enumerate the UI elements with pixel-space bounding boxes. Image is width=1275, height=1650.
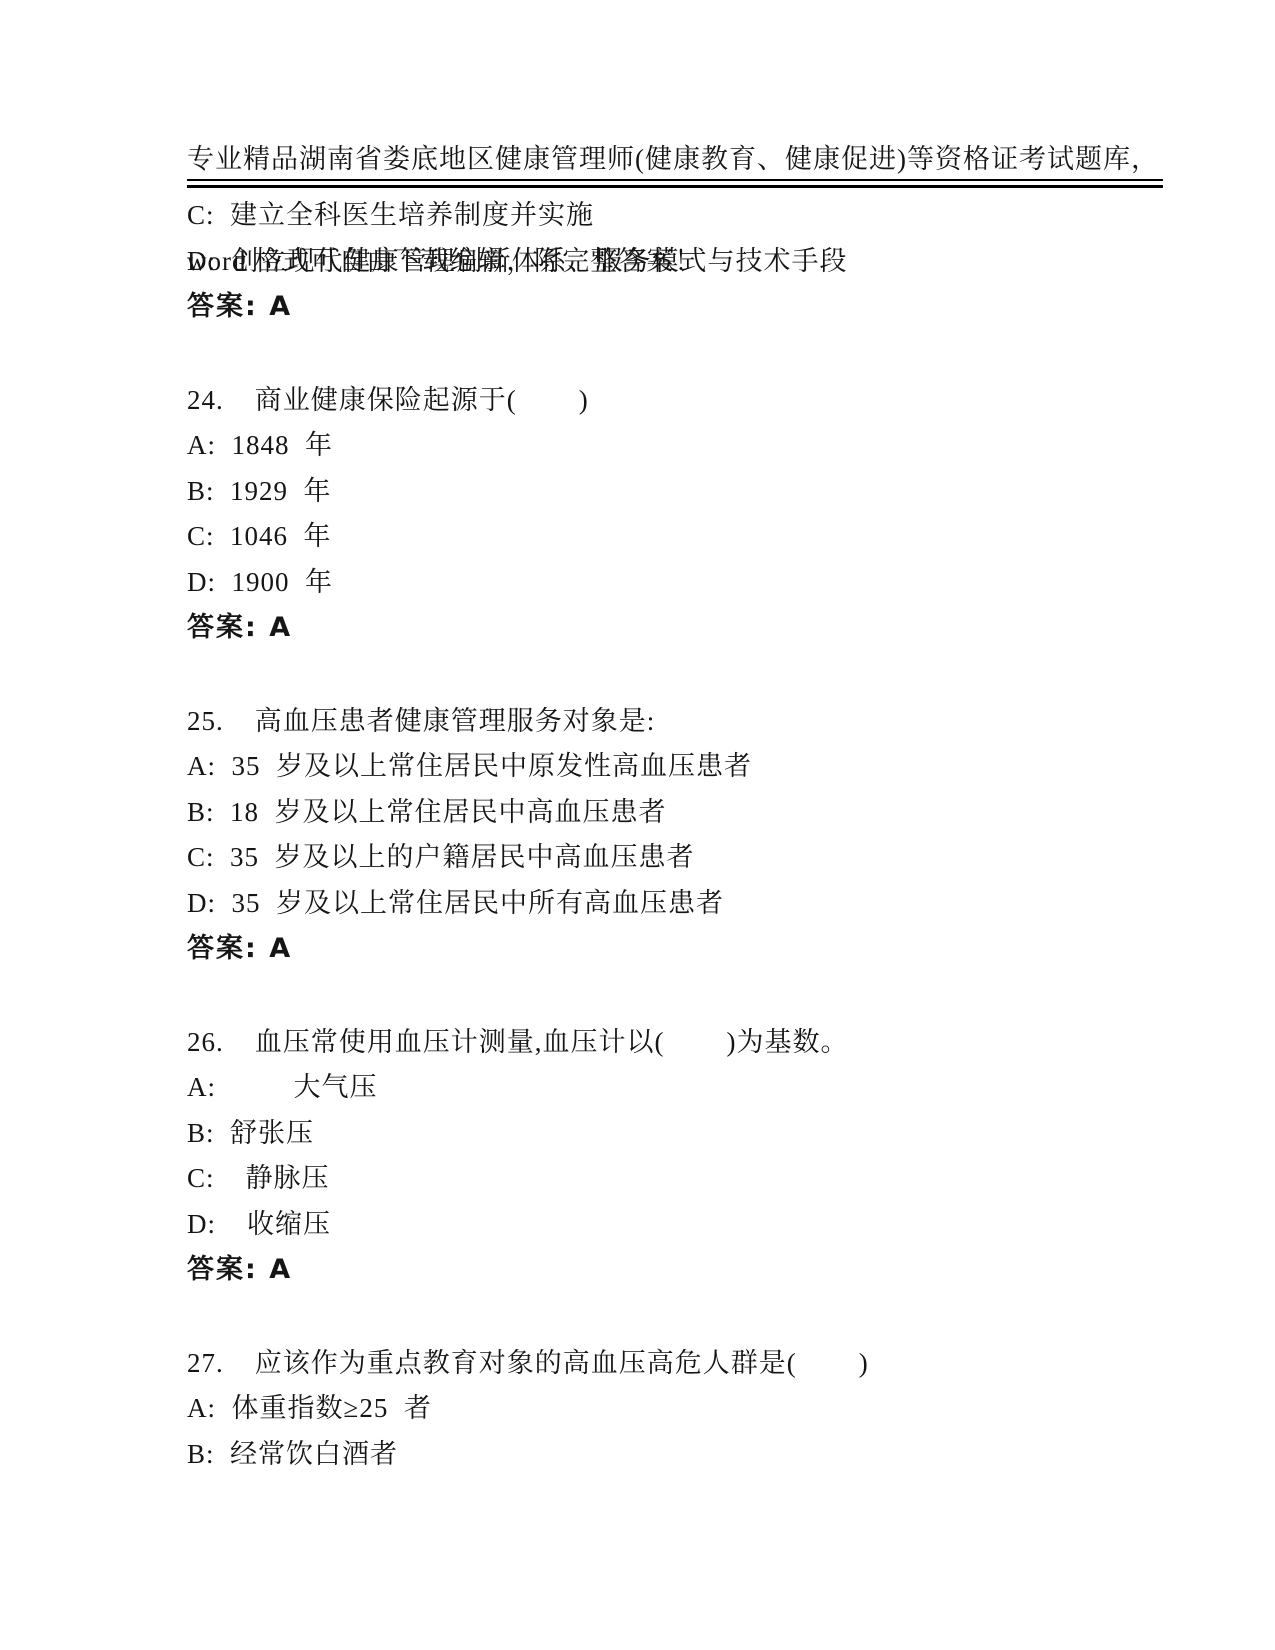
option-line: D: 35 岁及以上常住居民中所有高血压患者	[187, 881, 1197, 927]
document-body: C: 建立全科医生培养制度并实施 D: 创立现代健康管理创新体系、服务模式与技术…	[187, 193, 1197, 1525]
question-23-tail: C: 建立全科医生培养制度并实施 D: 创立现代健康管理创新体系、服务模式与技术…	[187, 193, 1197, 330]
header-line-1: 专业精品湖南省娄底地区健康管理师(健康教育、健康促进)等资格证考试题库，	[187, 142, 1177, 176]
answer-line: 答案: A	[187, 284, 1197, 330]
option-line: B: 1929 年	[187, 469, 1197, 515]
question-title: 27. 应该作为重点教育对象的高血压高危人群是( )	[187, 1341, 1197, 1387]
question-26: 26. 血压常使用血压计测量,血压计以( )为基数。 A: 大气压 B: 舒张压…	[187, 1020, 1197, 1293]
option-line: C: 1046 年	[187, 514, 1197, 560]
option-line: C: 建立全科医生培养制度并实施	[187, 193, 1197, 239]
question-27: 27. 应该作为重点教育对象的高血压高危人群是( ) A: 体重指数≥25 者 …	[187, 1341, 1197, 1478]
option-line: D: 1900 年	[187, 560, 1197, 606]
option-line: A: 大气压	[187, 1065, 1197, 1111]
option-line: A: 体重指数≥25 者	[187, 1386, 1197, 1432]
option-line: A: 1848 年	[187, 423, 1197, 469]
option-line: B: 18 岁及以上常住居民中高血压患者	[187, 790, 1197, 836]
option-line: C: 35 岁及以上的户籍居民中高血压患者	[187, 835, 1197, 881]
question-title: 26. 血压常使用血压计测量,血压计以( )为基数。	[187, 1020, 1197, 1066]
question-25: 25. 高血压患者健康管理服务对象是: A: 35 岁及以上常住居民中原发性高血…	[187, 699, 1197, 972]
option-line: D: 创立现代健康管理创新体系、服务模式与技术手段	[187, 239, 1197, 285]
option-line: B: 经常饮白酒者	[187, 1432, 1197, 1478]
option-line: B: 舒张压	[187, 1111, 1197, 1157]
answer-line: 答案: A	[187, 926, 1197, 972]
answer-line: 答案: A	[187, 605, 1197, 651]
document-page: 专业精品湖南省娄底地区健康管理师(健康教育、健康促进)等资格证考试题库， wor…	[0, 0, 1275, 1650]
answer-line: 答案: A	[187, 1247, 1197, 1293]
question-24: 24. 商业健康保险起源于( ) A: 1848 年 B: 1929 年 C: …	[187, 378, 1197, 651]
header-double-rule	[187, 179, 1163, 188]
option-line: C: 静脉压	[187, 1156, 1197, 1202]
option-line: A: 35 岁及以上常住居民中原发性高血压患者	[187, 744, 1197, 790]
question-title: 24. 商业健康保险起源于( )	[187, 378, 1197, 424]
question-title: 25. 高血压患者健康管理服务对象是:	[187, 699, 1197, 745]
option-line: D: 收缩压	[187, 1202, 1197, 1248]
